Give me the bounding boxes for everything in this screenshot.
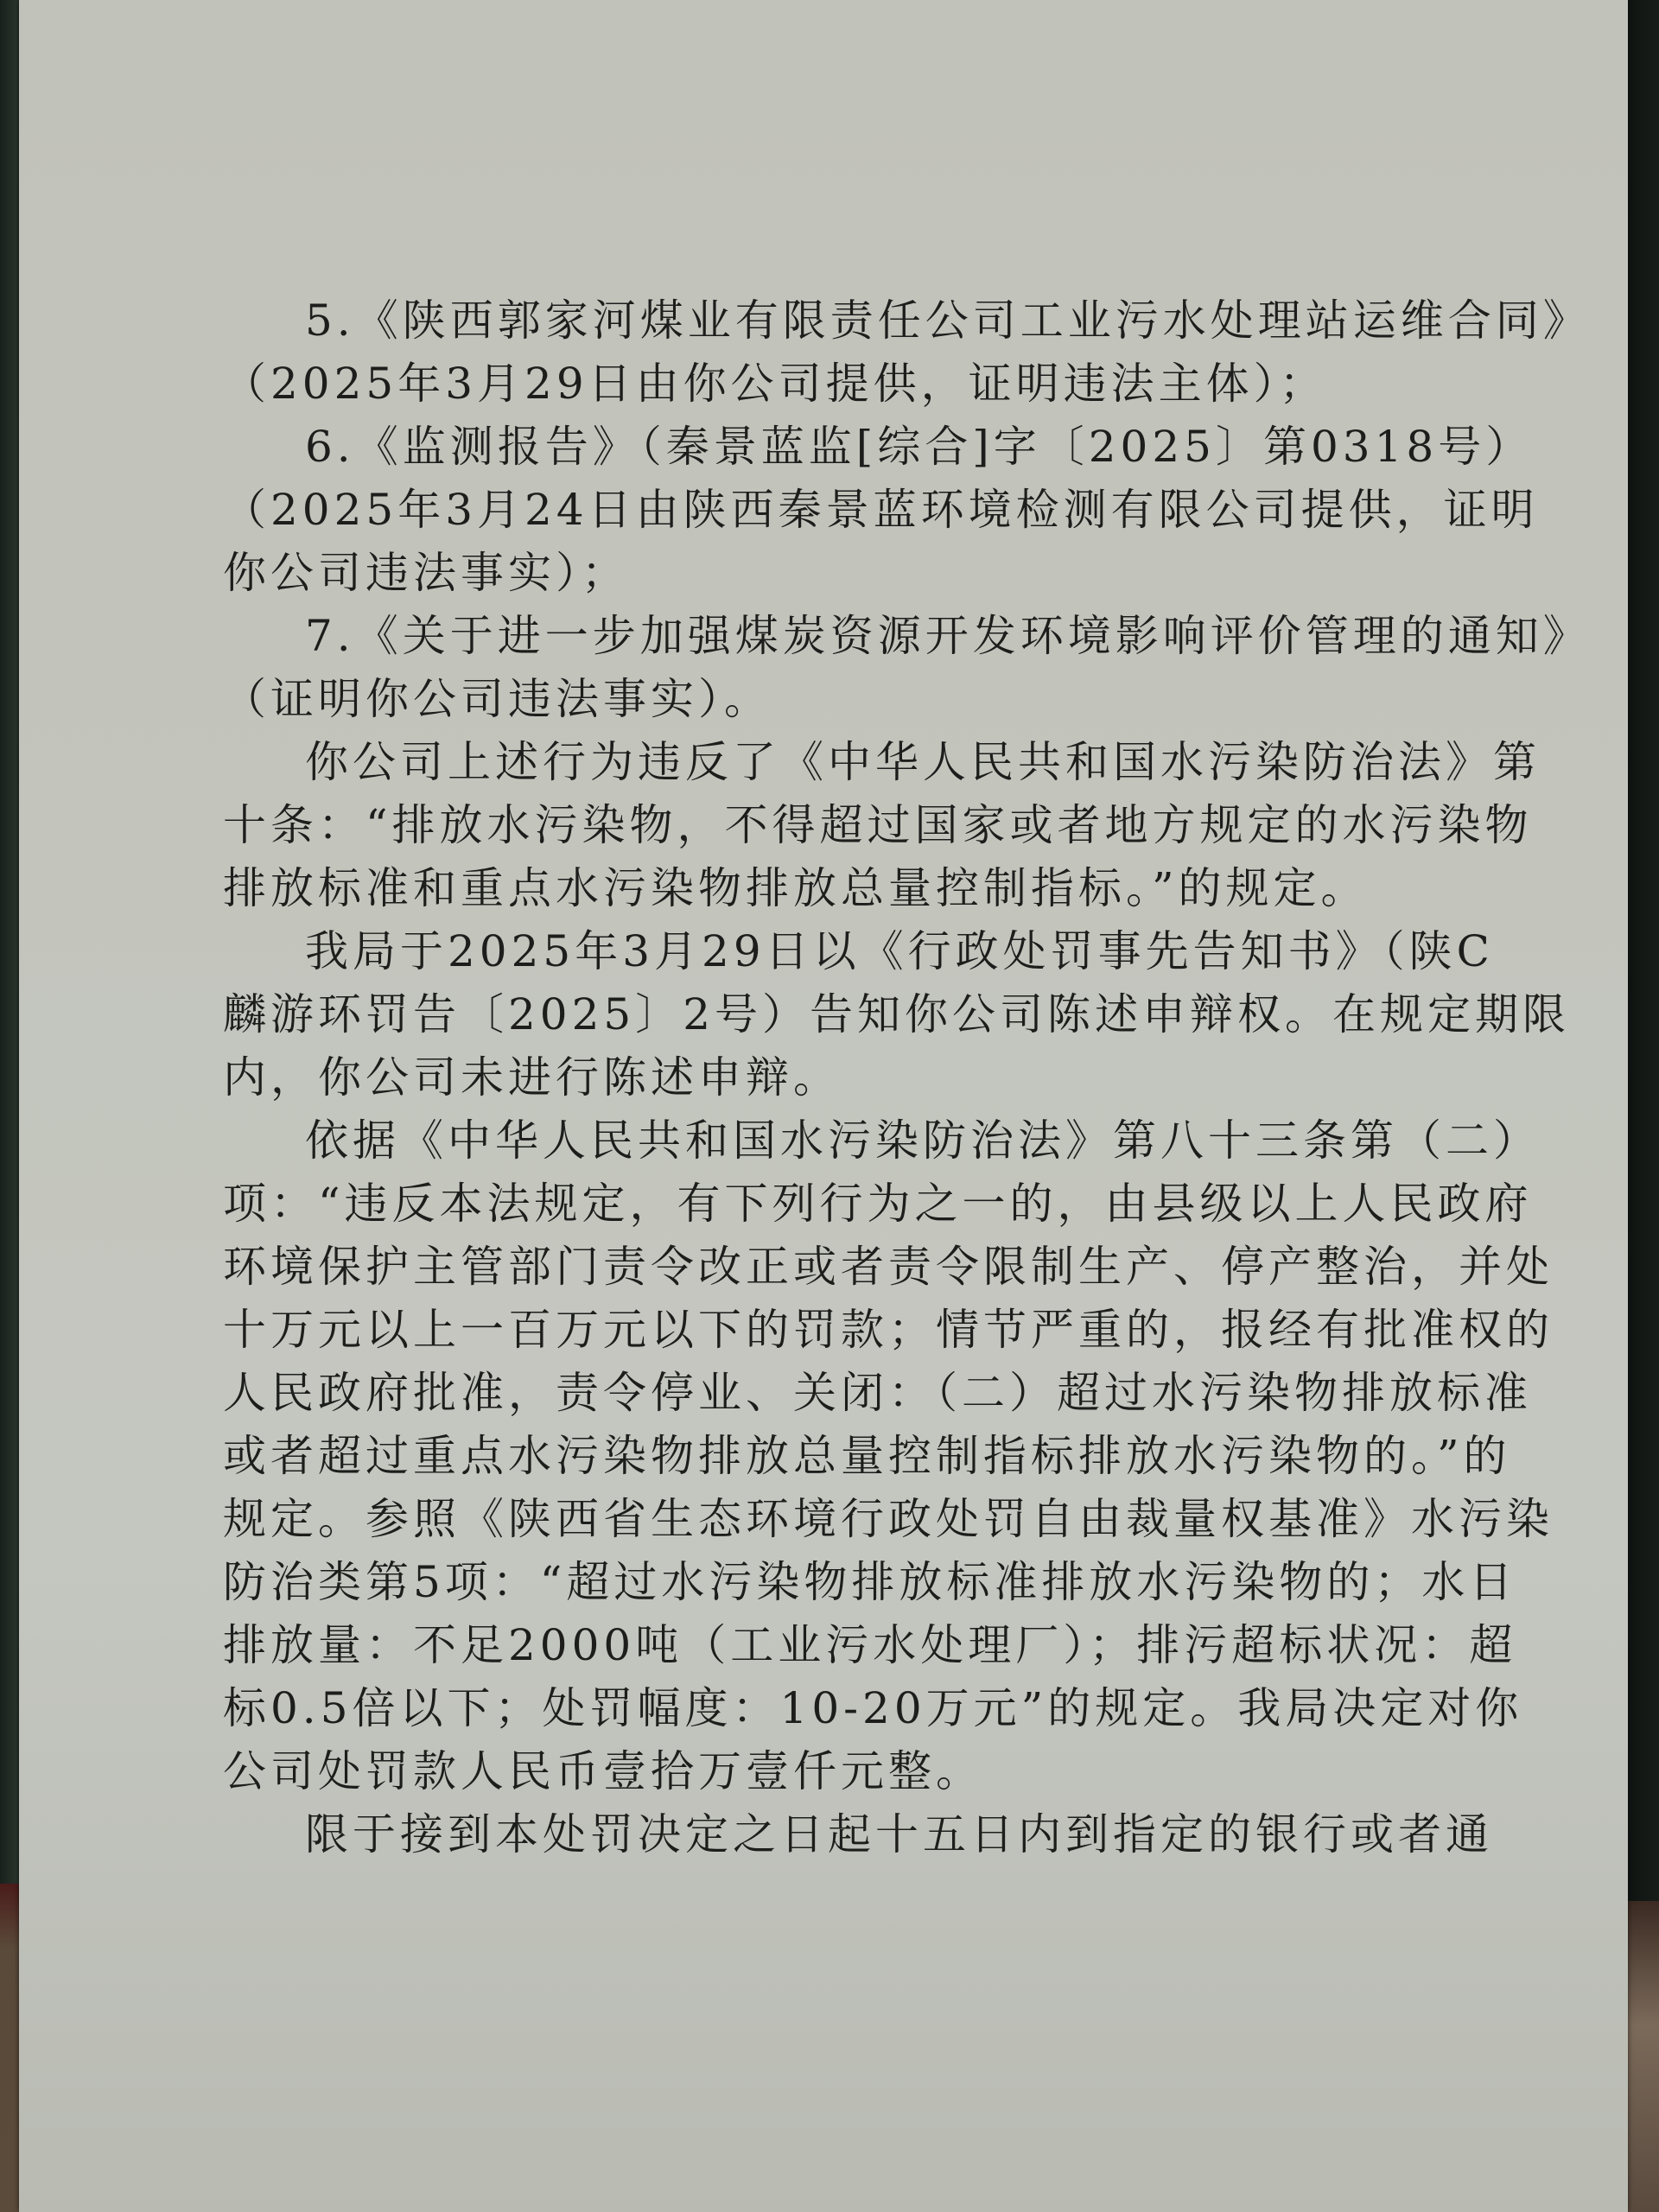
notice-paragraph: 我局于2025年3月29日以《行政处罚事先告知书》（陕C 麟游环罚告〔2025〕…	[223, 920, 1450, 1109]
document-body: 5.《陕西郭家河煤业有限责任公司工业污水处理站运维合同》 （2025年3月29日…	[223, 289, 1450, 1866]
text-line: 环境保护主管部门责令改正或者责令限制生产、停产整治，并处	[223, 1236, 1450, 1299]
text-line: 项：“违反本法规定，有下列行为之一的，由县级以上人民政府	[223, 1173, 1450, 1236]
penalty-amount-line: 公司处罚款人民币壹拾万壹仟元整。	[223, 1740, 1450, 1803]
text-line: 你公司违法事实）；	[223, 542, 1450, 605]
text-line: 限于接到本处罚决定之日起十五日内到指定的银行或者通	[223, 1803, 1450, 1866]
text-line: （证明你公司违法事实）。	[223, 668, 1450, 731]
text-line: 5.《陕西郭家河煤业有限责任公司工业污水处理站运维合同》	[223, 289, 1450, 353]
text-line: （2025年3月24日由陕西秦景蓝环境检测有限公司提供，证明	[223, 479, 1450, 542]
text-line: 我局于2025年3月29日以《行政处罚事先告知书》（陕C	[223, 920, 1450, 983]
text-line: 7.《关于进一步加强煤炭资源开发环境影响评价管理的通知》	[223, 605, 1450, 668]
violation-paragraph: 你公司上述行为违反了《中华人民共和国水污染防治法》第 十条：“排放水污染物，不得…	[223, 731, 1450, 920]
text-line: 依据《中华人民共和国水污染防治法》第八十三条第（二）	[223, 1109, 1450, 1173]
text-line: 6.《监测报告》（秦景蓝监[综合]字〔2025〕第0318号）	[223, 416, 1450, 479]
text-line: （2025年3月29日由你公司提供，证明违法主体）；	[223, 353, 1450, 416]
text-line: 内，你公司未进行陈述申辩。	[223, 1046, 1450, 1109]
evidence-item-7: 7.《关于进一步加强煤炭资源开发环境影响评价管理的通知》 （证明你公司违法事实）…	[223, 605, 1450, 731]
text-line: 排放量：不足2000吨（工业污水处理厂）；排污超标状况：超	[223, 1614, 1450, 1677]
text-line: 你公司上述行为违反了《中华人民共和国水污染防治法》第	[223, 731, 1450, 794]
text-line: 十条：“排放水污染物，不得超过国家或者地方规定的水污染物	[223, 794, 1450, 857]
evidence-item-5: 5.《陕西郭家河煤业有限责任公司工业污水处理站运维合同》 （2025年3月29日…	[223, 289, 1450, 416]
text-line: 规定。参照《陕西省生态环境行政处罚自由裁量权基准》水污染	[223, 1488, 1450, 1551]
text-line: 防治类第5项：“超过水污染物排放标准排放水污染物的；水日	[223, 1551, 1450, 1614]
evidence-item-6: 6.《监测报告》（秦景蓝监[综合]字〔2025〕第0318号） （2025年3月…	[223, 416, 1450, 605]
text-line: 人民政府批准，责令停业、关闭：（二）超过水污染物排放标准	[223, 1362, 1450, 1425]
payment-paragraph: 限于接到本处罚决定之日起十五日内到指定的银行或者通	[223, 1803, 1450, 1866]
text-line: 或者超过重点水污染物排放总量控制指标排放水污染物的。”的	[223, 1425, 1450, 1488]
legal-basis-paragraph: 依据《中华人民共和国水污染防治法》第八十三条第（二） 项：“违反本法规定，有下列…	[223, 1109, 1450, 1803]
text-line: 十万元以上一百万元以下的罚款；情节严重的，报经有批准权的	[223, 1299, 1450, 1362]
text-line: 标0.5倍以下；处罚幅度：10-20万元”的规定。我局决定对你	[223, 1677, 1450, 1740]
text-line: 排放标准和重点水污染物排放总量控制指标。”的规定。	[223, 857, 1450, 920]
text-line: 麟游环罚告〔2025〕2号）告知你公司陈述申辩权。在规定期限	[223, 983, 1450, 1046]
